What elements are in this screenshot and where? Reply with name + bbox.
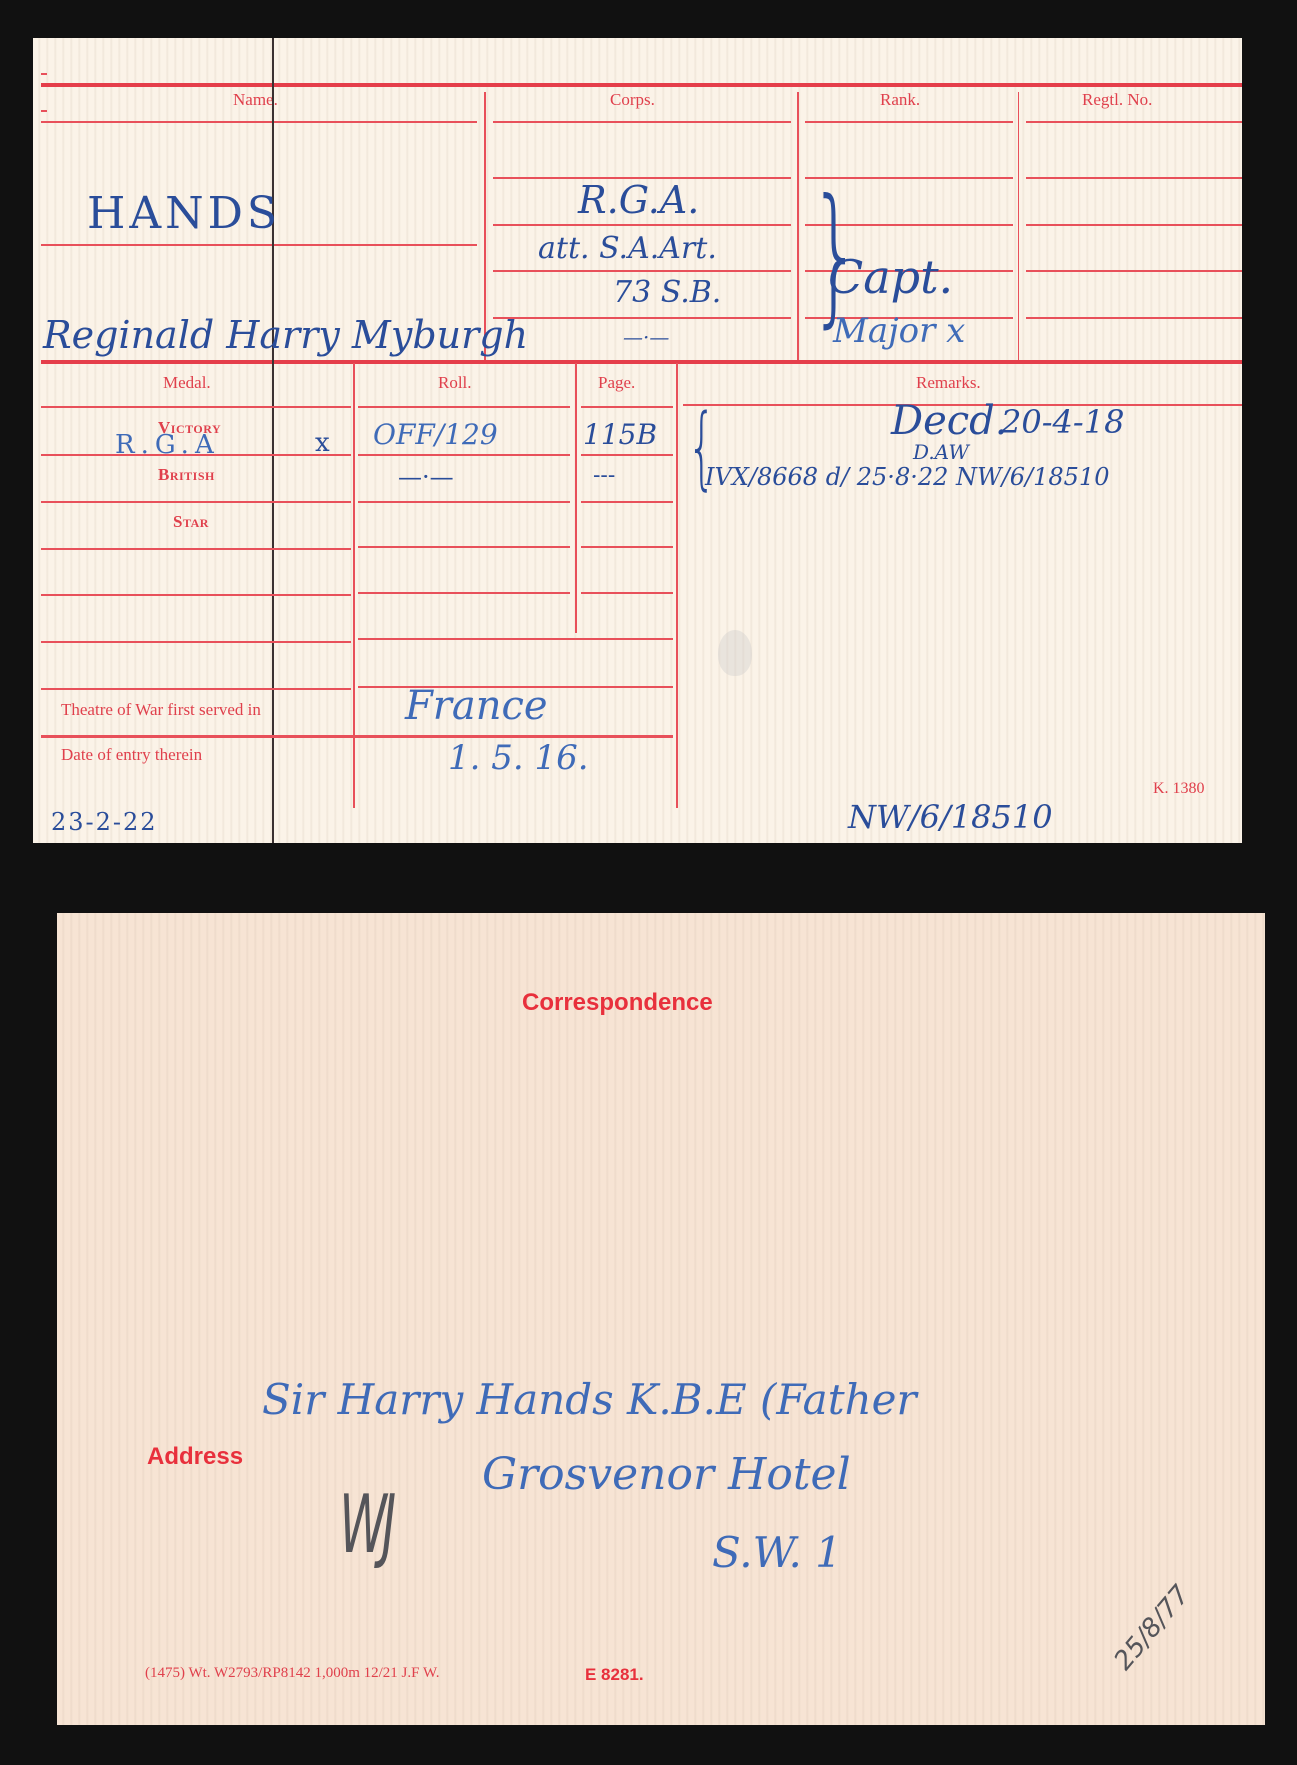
remarks-daw: D.AW [913,440,969,464]
address-label: Address [147,1443,243,1471]
entry-date-value: 1. 5. 16. [448,738,589,778]
entry-date-label: Date of entry therein [61,745,202,765]
rank-line-2: Major x [833,311,965,351]
theatre-row-rule [41,688,351,690]
pencil-initials: WJ [339,1478,391,1571]
victory-issued-mark: x [315,428,330,458]
address-line-3: S.W. 1 [712,1528,842,1577]
remarks-deceased: Decd. [891,398,1007,444]
col-divider-medal-roll [353,363,355,808]
medal-row-rule [41,594,351,596]
roll-page-row-rule [358,638,673,640]
top-rule [41,83,1242,87]
surname-entry: HANDS [87,188,281,239]
medal-header-rule [41,406,351,408]
form-number: K. 1380 [1153,780,1205,798]
col-divider-roll-page [575,363,577,633]
header-medal: Medal. [163,373,211,393]
address-line-2: Grosvenor Hotel [482,1449,851,1500]
header-remarks: Remarks. [916,373,981,393]
rank-line-1: Capt. [828,250,953,304]
roll-header-rule [358,406,570,408]
section-divider-rule [41,360,1242,364]
corps-row-rule [493,224,791,226]
corps-line-2: att. S.A.Art. [538,231,717,266]
address-line-1: Sir Harry Hands K.B.E (Father [262,1375,917,1424]
regtl-row-rule [1026,177,1242,179]
corps-dash: —·— [623,325,669,349]
margin-tick [41,73,47,75]
medal-british: British [158,465,215,485]
margin-tick [41,110,47,112]
regtl-header-rule [1026,121,1242,123]
corps-line-1: R.G.A. [578,178,699,222]
remarks-reference: IVX/8668 d/ 25·8·22 NW/6/18510 [705,463,1109,491]
page-british: --- [593,463,615,488]
regtl-row-rule [1026,317,1242,319]
theatre-value: France [405,683,548,729]
corps-row-rule [493,270,791,272]
corps-line-3: 73 S.B. [613,275,721,310]
center-fold-line [272,38,274,843]
col-divider-rank-regtl [1018,92,1019,362]
roll-row-rule [358,546,570,548]
page-row-rule [581,592,673,594]
forenames-entry: Reginald Harry Myburgh [43,313,528,357]
rank-header-rule [805,121,1013,123]
page-header-rule [581,406,673,408]
header-corps: Corps. [610,90,655,110]
header-roll: Roll. [438,373,472,393]
page-row-rule [581,501,673,503]
printer-imprint: (1475) Wt. W2793/RP8142 1,000m 12/21 J.F… [145,1665,439,1682]
regtl-row-rule [1026,270,1242,272]
faded-stamp-mark [718,630,752,676]
theatre-label: Theatre of War first served in [61,700,261,720]
page-victory: 115B [583,418,657,451]
medal-star: Star [173,512,209,532]
header-regtl-no: Regtl. No. [1082,90,1152,110]
correspondence-heading: Correspondence [522,989,713,1017]
corps-header-rule [493,121,791,123]
page-row-rule [581,454,673,456]
printer-code: E 8281. [585,1665,644,1685]
name-row-rule [41,244,477,246]
medal-index-card-front: Name. Corps. Rank. Regtl. No. HANDS Regi… [33,38,1242,843]
header-rank: Rank. [880,90,920,110]
header-page: Page. [598,373,635,393]
name-header-rule [41,121,477,123]
roll-row-rule [358,592,570,594]
pencil-corner-note: 25/8/77 [1108,1580,1195,1676]
col-divider-corps-rank [797,92,799,362]
regtl-row-rule [1026,224,1242,226]
roll-row-rule [358,454,570,456]
remarks-death-date: 20-4-18 [1001,403,1124,441]
medal-row-rule [41,501,351,503]
remarks-left-rule [676,728,678,808]
footer-date: 23-2-22 [51,808,158,836]
footer-reference: NW/6/18510 [848,798,1053,836]
medal-index-card-back: Correspondence Address Sir Harry Hands K… [57,913,1265,1725]
roll-british: —·— [398,463,454,491]
medal-row-rule [41,548,351,550]
corps-row-rule [493,317,791,319]
medal-annotation-rga: R.G.A [115,430,220,460]
roll-row-rule [358,501,570,503]
medal-row-rule [41,641,351,643]
roll-victory: OFF/129 [373,418,498,451]
page-row-rule [581,546,673,548]
